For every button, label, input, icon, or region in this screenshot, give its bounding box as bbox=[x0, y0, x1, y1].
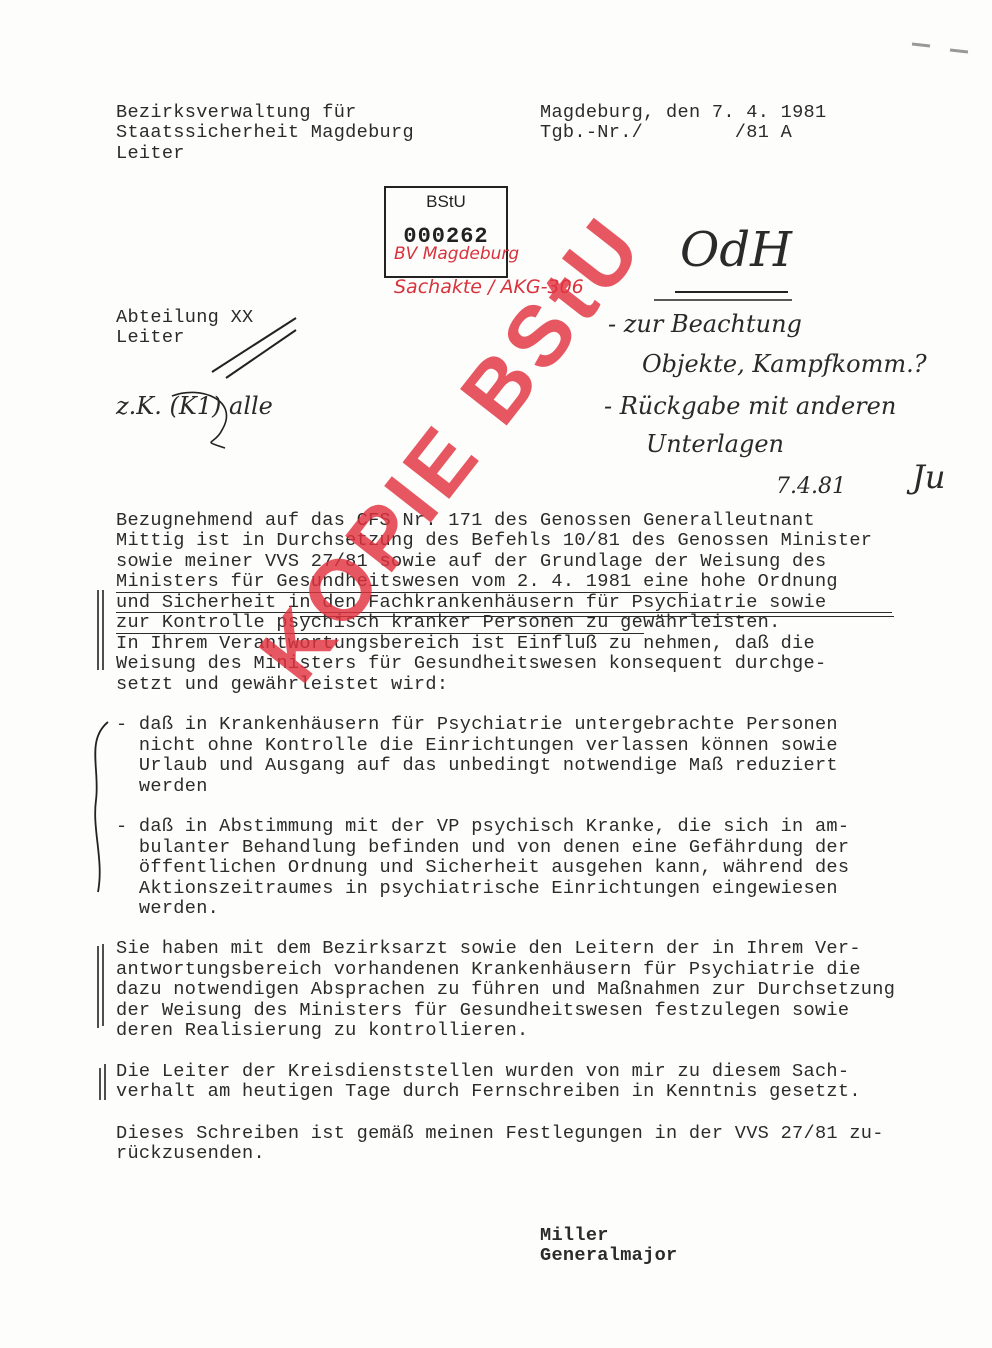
hand-drawn-marks bbox=[0, 0, 992, 1348]
document-page: Bezirksverwaltung für Staatssicherheit M… bbox=[0, 0, 992, 1348]
